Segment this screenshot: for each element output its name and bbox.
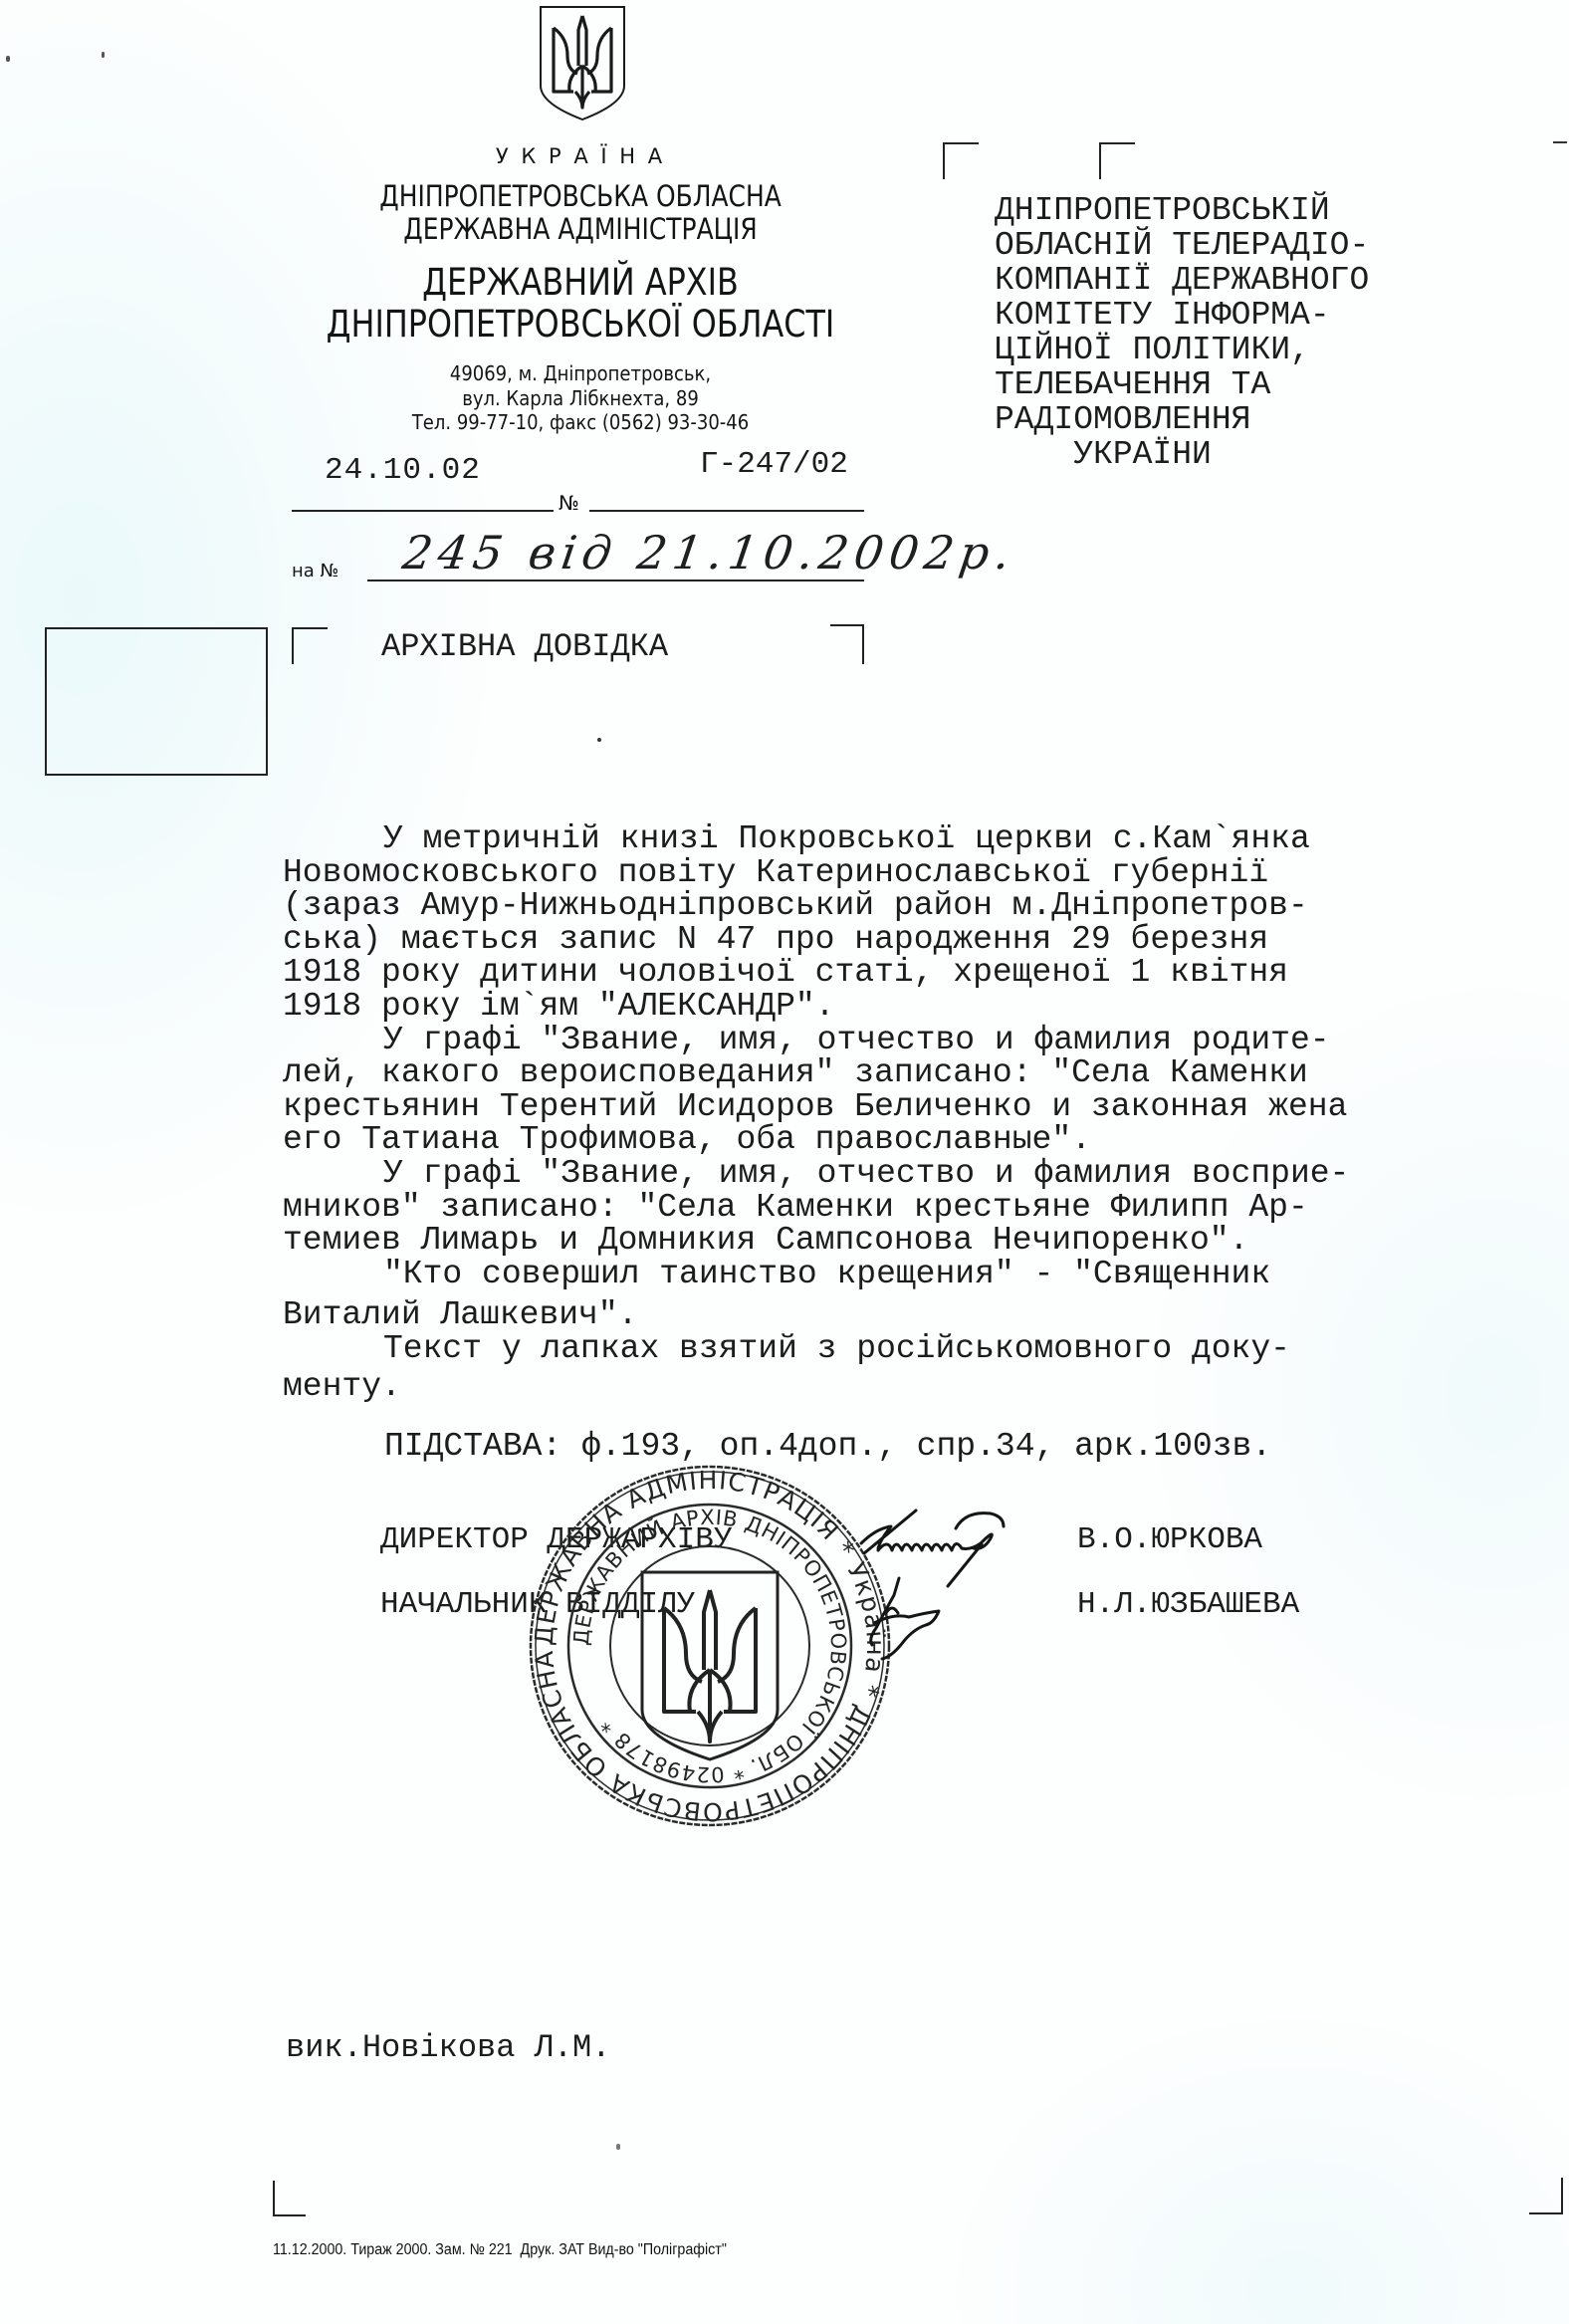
body-line: ська) мається запис N 47 про народження …	[283, 923, 1278, 957]
body-line: мников" записано: "Села Каменки крестьян…	[283, 1191, 1278, 1225]
body-line: У графі "Звание, имя, отчество и фамилия…	[283, 1157, 1278, 1191]
number-label: №	[559, 491, 579, 515]
reply-reference-handwritten: 245 від 21.10.2002р.	[399, 526, 1019, 580]
body-line: лей, какого вероисповедания" записано: "…	[283, 1056, 1278, 1090]
document-body: У метричній книзі Покровської церкви с.К…	[283, 822, 1278, 1403]
addressee-line: ТЕЛЕБАЧЕННЯ ТА	[995, 368, 1369, 403]
print-footer: 11.12.2000. Тираж 2000. Зам. № 221 Друк.…	[273, 2241, 727, 2259]
executor-name: вик.Новікова Л.М.	[286, 2032, 610, 2064]
head-signature	[864, 1573, 974, 1663]
letterhead-phone-line: Тел. 99-77-10, факс (0562) 93-30-46	[312, 410, 849, 434]
scan-speck	[1553, 141, 1567, 143]
letterhead-org-line2: ДНІПРОПЕТРОВСЬКОЇ ОБЛАСТІ	[324, 303, 837, 346]
body-line: менту.	[283, 1370, 1278, 1404]
body-line: темиев Лимарь и Домникия Сампсонова Нечи…	[283, 1224, 1278, 1258]
addressee-block: ДНІПРОПЕТРОВСЬКІЙ ОБЛАСНІЙ ТЕЛЕРАДІО- КО…	[995, 194, 1369, 473]
body-line: (зараз Амур-Нижньодніпровський район м.Д…	[283, 889, 1278, 923]
scan-speck	[6, 56, 10, 62]
addressee-line: ЦІЙНОЇ ПОЛІТИКИ,	[995, 334, 1369, 368]
empty-registration-box	[45, 627, 268, 776]
address-corner-mark-right	[1099, 142, 1135, 179]
body-line: "Кто совершил таинство крещения" - "Свящ…	[283, 1258, 1278, 1291]
body-line: У метричній книзі Покровської церкви с.К…	[283, 822, 1278, 856]
letterhead-address-line2: вул. Карла Лібкнехта, 89	[312, 386, 849, 410]
title-corner-mark-right	[830, 624, 864, 664]
outgoing-number: Г-247/02	[700, 449, 848, 480]
letterhead-org-line1: ДЕРЖАВНИЙ АРХІВ	[324, 261, 837, 304]
addressee-line: КОМПАНІЇ ДЕРЖАВНОГО	[995, 264, 1369, 299]
svg-text:ДЕРЖАВНИЙ АРХІВ ДНІПРОПЕТРОВСЬ: ДЕРЖАВНИЙ АРХІВ ДНІПРОПЕТРОВСЬКОЇ ОБЛ. *…	[569, 1506, 850, 1786]
letterhead-admin-line2: ДЕРЖАВНА АДМІНІСТРАЦІЯ	[324, 212, 837, 246]
addressee-line: РАДІОМОВЛЕННЯ	[995, 403, 1369, 438]
body-line: его Татиана Трофимова, оба православные"…	[283, 1123, 1278, 1157]
body-line: Новомосковського повіту Катеринославсько…	[283, 856, 1278, 890]
bottom-right-corner-mark	[1529, 2178, 1563, 2214]
outgoing-date: 24.10.02	[325, 455, 481, 486]
letterhead-admin-line1: ДНІПРОПЕТРОВСЬКА ОБЛАСНА	[324, 179, 837, 213]
address-corner-mark-left	[943, 142, 979, 179]
reply-label: на №	[292, 561, 338, 581]
body-line: Виталий Лашкевич".	[283, 1298, 1278, 1332]
reply-underline	[367, 580, 864, 581]
scan-speck	[102, 52, 105, 58]
signature-name-head: Н.Л.ЮЗБАШЕВА	[1077, 1589, 1299, 1620]
body-line: 1918 року дитини чоловічої статі, хрещен…	[283, 956, 1278, 990]
trident-emblem-icon	[642, 1572, 778, 1759]
scan-speck	[597, 738, 601, 742]
addressee-line: ДНІПРОПЕТРОВСЬКІЙ	[995, 194, 1369, 229]
body-line: 1918 року ім`ям "АЛЕКСАНДР".	[283, 990, 1278, 1024]
addressee-line: ОБЛАСНІЙ ТЕЛЕРАДІО-	[995, 229, 1369, 264]
addressee-line: КОМІТЕТУ ІНФОРМА-	[995, 299, 1369, 334]
letterhead-address-line1: 49069, м. Дніпропетровськ,	[312, 361, 849, 385]
bottom-left-corner-mark	[273, 2181, 306, 2216]
scan-speck	[616, 2144, 620, 2150]
official-stamp: ДЕРЖАВНА АДМІНІСТРАЦІЯ * Україна * ДНІПР…	[521, 1457, 899, 1835]
stamp-inner-text: ДЕРЖАВНИЙ АРХІВ ДНІПРОПЕТРОВСЬКОЇ ОБЛ. *…	[569, 1506, 850, 1786]
trident-emblem-icon	[538, 4, 627, 121]
number-underline	[589, 510, 864, 512]
document-title: АРХІВНА ДОВІДКА	[381, 631, 668, 663]
addressee-line: УКРАЇНИ	[995, 438, 1369, 473]
body-line: У графі "Звание, имя, отчество и фамилия…	[283, 1024, 1278, 1057]
body-line: Текст у лапках взятий з російськомовного…	[283, 1332, 1278, 1366]
letterhead-country: У К Р А Ї Н А	[282, 144, 879, 168]
title-corner-mark-left	[292, 627, 328, 664]
body-line: крестьянин Терентий Исидоров Беличенко и…	[283, 1090, 1278, 1124]
date-underline	[292, 510, 554, 512]
signature-name-director: В.О.ЮРКОВА	[1077, 1524, 1262, 1555]
